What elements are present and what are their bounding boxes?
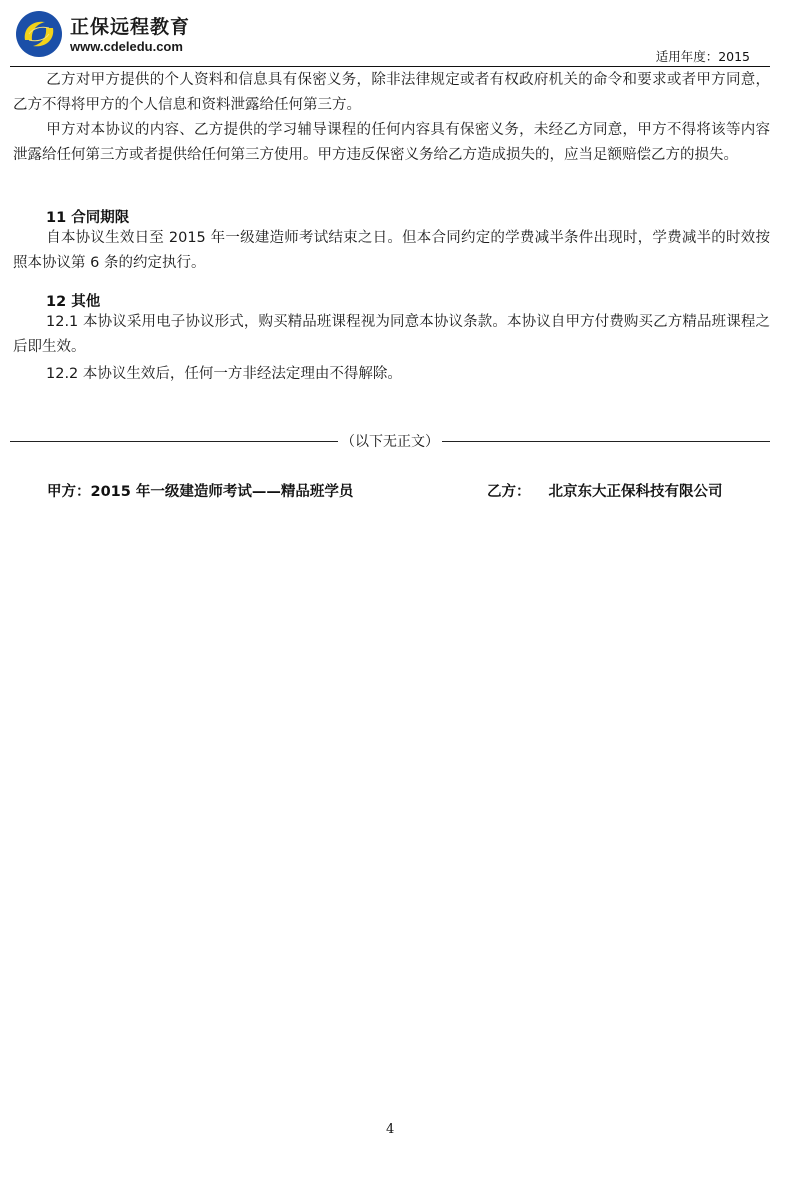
brand-url: www.cdeledu.com — [70, 39, 183, 54]
party-b-name: 北京东大正保科技有限公司 — [549, 484, 723, 500]
party-a-name: 2015 年一级建造师考试——精品班学员 — [91, 484, 354, 500]
confidentiality-paragraph-2: 甲方对本协议的内容、乙方提供的学习辅导课程的任何内容具有保密义务，未经乙方同意，… — [13, 118, 770, 168]
section-11-text: 自本协议生效日至 2015 年一级建造师考试结束之日。但本合同约定的学费减半条件… — [13, 226, 770, 276]
paragraph-text: 12.1 本协议采用电子协议形式，购买精品班课程视为同意本协议条款。本协议自甲方… — [13, 314, 770, 355]
brand-name: 正保远程教育 — [70, 12, 190, 39]
divider-right — [442, 441, 770, 442]
section-12-item-2: 12.2 本协议生效后，任何一方非经法定理由不得解除。 — [46, 362, 402, 383]
paragraph-text: 甲方对本协议的内容、乙方提供的学习辅导课程的任何内容具有保密义务，未经乙方同意，… — [13, 122, 770, 163]
header-divider — [10, 66, 770, 67]
confidentiality-paragraph-1: 乙方对甲方提供的个人资料和信息具有保密义务，除非法律规定或者有权政府机关的命令和… — [13, 68, 770, 118]
party-a-label: 甲方： — [47, 484, 91, 500]
party-a-signature: 甲方：2015 年一级建造师考试——精品班学员 — [47, 480, 353, 501]
page-number: 4 — [386, 1122, 394, 1137]
section-12-item-1: 12.1 本协议采用电子协议形式，购买精品班课程视为同意本协议条款。本协议自甲方… — [13, 310, 770, 360]
end-of-text-label: （以下无正文） — [338, 431, 442, 451]
end-of-text-marker: （以下无正文） — [10, 430, 770, 452]
section-12-heading: 12 其他 — [46, 290, 100, 311]
logo-icon — [15, 10, 63, 58]
paragraph-text: 自本协议生效日至 2015 年一级建造师考试结束之日。但本合同约定的学费减半条件… — [13, 230, 770, 271]
party-b-label: 乙方： — [487, 484, 531, 500]
divider-left — [10, 441, 338, 442]
section-11-heading: 11 合同期限 — [46, 206, 129, 227]
paragraph-text: 乙方对甲方提供的个人资料和信息具有保密义务，除非法律规定或者有权政府机关的命令和… — [13, 72, 770, 113]
page-header: 正保远程教育 www.cdeledu.com 适用年度：2015 — [0, 0, 805, 70]
party-b-signature: 乙方：北京东大正保科技有限公司 — [487, 480, 723, 501]
applicable-year: 适用年度：2015 — [656, 47, 750, 65]
